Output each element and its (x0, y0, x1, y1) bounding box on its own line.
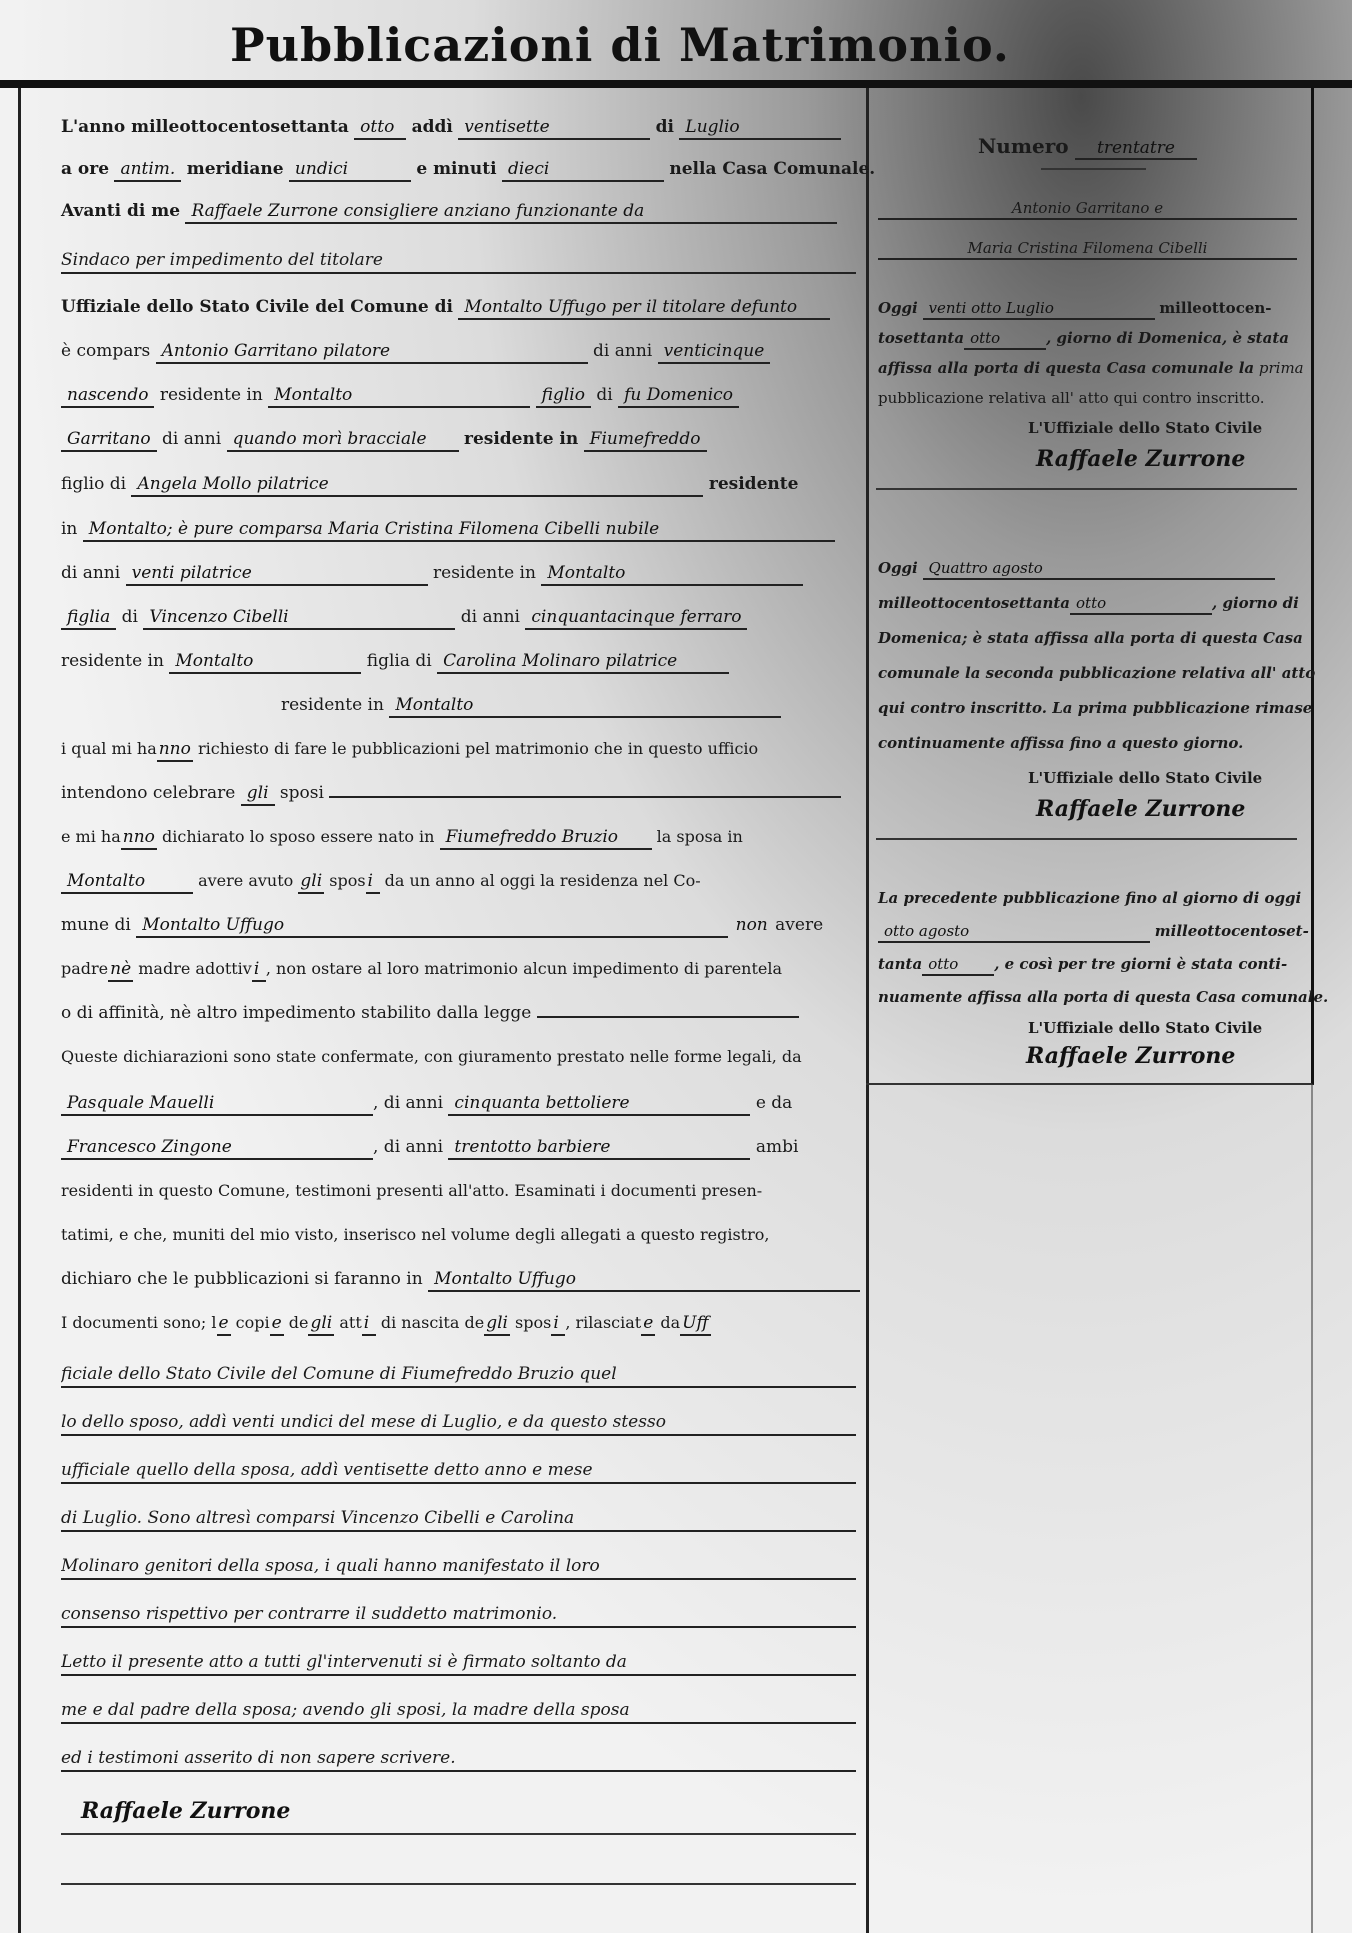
line-comune: Uffiziale dello Stato Civile del Comune … (61, 296, 854, 320)
pub3-line-2: otto agosto milleottocentoset- (878, 921, 1297, 943)
signature-rule (61, 1833, 856, 1835)
handwritten-line-1: ficiale dello Stato Civile del Comune di… (61, 1364, 856, 1388)
groom-name-field: Antonio Garritano pilatore (156, 340, 588, 364)
groom-father-field: fu Domenico (618, 384, 739, 408)
line-year: L'anno milleottocentosettanta otto addì … (61, 116, 854, 140)
month-field: Luglio (679, 116, 841, 140)
handwritten-line-4: di Luglio. Sono altresì comparsi Vincenz… (61, 1508, 856, 1532)
pub3-year-field: otto (922, 954, 994, 976)
witness-2-name-field: Francesco Zingone (61, 1136, 373, 1160)
line-impediment: o di affinità, nè altro impedimento stab… (61, 1002, 854, 1024)
line-time: a ore antim. meridiane undici e minuti d… (61, 158, 854, 182)
minutes-field: dieci (502, 158, 664, 182)
pub1-year-field: otto (964, 328, 1046, 350)
officer-signature: Raffaele Zurrone (81, 1798, 290, 1824)
line-groom-residence: nascendo residente in Montalto figlio di… (61, 384, 854, 408)
pub2-divider (876, 838, 1297, 840)
pub2-line-4: comunale la seconda pubblicazione relati… (878, 663, 1297, 683)
pub1-signature: Raffaele Zurrone (1036, 446, 1245, 472)
pub1-line-3: affissa alla porta di questa Casa comuna… (878, 358, 1297, 378)
bride-mother-field: Carolina Molinaro pilatrice (437, 650, 729, 674)
bride-name-field: Montalto; è pure comparsa Maria Cristina… (83, 518, 835, 542)
line-request: i qual mi hanno richiesto di fare le pub… (61, 738, 854, 762)
blank-lower-right (866, 1085, 1313, 1933)
pub1-officer-label: L'Uffiziale dello Stato Civile (878, 418, 1297, 438)
pub2-year-field: otto (1070, 593, 1212, 615)
groom-mother-field: Angela Mollo pilatrice (131, 473, 703, 497)
line-comune-residence: mune di Montalto Uffugo non avere (61, 914, 854, 938)
line-witnesses-residence: residenti in questo Comune, testimoni pr… (61, 1180, 854, 1202)
numero-row: Numero trentatre (878, 136, 1297, 160)
witness-1-name-field: Pasquale Mauelli (61, 1092, 373, 1116)
pub3-signature: Raffaele Zurrone (1026, 1043, 1235, 1069)
line-witness-1: Pasquale Mauelli, di anni cinquanta bett… (61, 1092, 854, 1116)
residence-comune-field: Montalto Uffugo (136, 914, 728, 938)
bride-age-field: venti pilatrice (126, 562, 428, 586)
pub2-line-3: Domenica; è stata affissa alla porta di … (878, 628, 1297, 648)
handwritten-line-6: consenso rispettivo per contrarre il sud… (61, 1604, 856, 1628)
line-publication-place: dichiaro che le pubblicazioni si faranno… (61, 1268, 854, 1292)
handwritten-line-9: ed i testimoni asserito di non sapere sc… (61, 1748, 856, 1772)
handwritten-line-5: Molinaro genitori della sposa, i quali h… (61, 1556, 856, 1580)
pub2-line-6: continuamente affissa fino a questo gior… (878, 733, 1297, 753)
line-groom: è compars Antonio Garritano pilatore di … (61, 340, 854, 364)
line-birthplace: e mi hanno dichiarato lo sposo essere na… (61, 826, 854, 850)
line-bride: in Montalto; è pure comparsa Maria Crist… (61, 518, 854, 542)
hour-field: undici (289, 158, 411, 182)
officer-field: Raffaele Zurrone consigliere anziano fun… (185, 200, 837, 224)
groom-residence-field: Montalto (268, 384, 530, 408)
numero-value: trentatre (1075, 138, 1197, 160)
line-groom-father: Garritano di anni quando morì bracciale … (61, 428, 854, 452)
line-oath: Queste dichiarazioni sono state conferma… (61, 1046, 854, 1068)
line-bride-mother: residente in Montalto figlia di Carolina… (61, 650, 854, 674)
pub2-signature: Raffaele Zurrone (1036, 796, 1245, 822)
pub1-date-field: venti otto Luglio (923, 298, 1155, 320)
act-column: L'anno milleottocentosettanta otto addì … (18, 88, 869, 1933)
pub1-line-2: tosettantaotto, giorno di Domenica, è st… (878, 328, 1297, 350)
line-officer: Avanti di me Raffaele Zurrone consiglier… (61, 200, 854, 224)
time-period-field: antim. (114, 158, 181, 182)
witness-2-age-field: trentotto barbiere (448, 1136, 750, 1160)
pub2-line-1: Oggi Quattro agosto (878, 558, 1297, 580)
pub3-officer-label: L'Uffiziale dello Stato Civile (878, 1018, 1297, 1038)
line-bride-mother-residence: residente in Montalto (61, 694, 854, 718)
scanned-page: Pubblicazioni di Matrimonio. L'anno mill… (0, 0, 1352, 1933)
publication-place-field: Montalto Uffugo (428, 1268, 860, 1292)
officer-field-cont: Sindaco per impedimento del titolare (61, 250, 856, 274)
line-celebrate: intendono celebrare gli sposi (61, 782, 854, 806)
line-adoptive: padrenè madre adottivi, non ostare al lo… (61, 958, 854, 982)
line-documents-insert: tatimi, e che, muniti del mio visto, ins… (61, 1224, 854, 1246)
pub3-line-3: tantaotto, e così per tre giorni è stata… (878, 954, 1297, 976)
publications-column: Numero trentatre Antonio Garritano e Mar… (866, 88, 1314, 1085)
pub2-date-field: Quattro agosto (923, 558, 1275, 580)
pub2-line-5: qui contro inscritto. La prima pubblicaz… (878, 698, 1297, 718)
pub1-divider (876, 488, 1297, 490)
groom-age-field: venticinque (658, 340, 771, 364)
bride-father-residence-field: Montalto (169, 650, 361, 674)
groom-father-residence-field: Fiumefreddo (584, 428, 707, 452)
line-documents: I documenti sono; le copie degli atti di… (61, 1312, 854, 1336)
groom-birthplace-field: Fiumefreddo Bruzio (440, 826, 652, 850)
bride-mother-residence-field: Montalto (389, 694, 781, 718)
day-field: ventisette (458, 116, 650, 140)
header-rule (0, 80, 1352, 88)
spouses-line-2: Maria Cristina Filomena Cibelli (878, 238, 1297, 260)
line-bride-father: figlia di Vincenzo Cibelli di anni cinqu… (61, 606, 854, 630)
handwritten-line-7: Letto il presente atto a tutti gl'interv… (61, 1652, 856, 1676)
numero-label: Numero (978, 134, 1069, 158)
line-bride-age: di anni venti pilatrice residente in Mon… (61, 562, 854, 586)
handwritten-line-8: me e dal padre della sposa; avendo gli s… (61, 1700, 856, 1724)
bride-father-age-field: cinquantacinque ferraro (525, 606, 747, 630)
line-groom-mother: figlio di Angela Mollo pilatrice residen… (61, 473, 854, 497)
pub2-line-2: milleottocentosettantaotto, giorno di (878, 593, 1297, 615)
bride-father-field: Vincenzo Cibelli (143, 606, 455, 630)
pub1-line-4: pubblicazione relativa all' atto qui con… (878, 388, 1297, 408)
pub3-date-field: otto agosto (878, 921, 1150, 943)
groom-father-age-field: quando morì bracciale (227, 428, 459, 452)
comune-field: Montalto Uffugo per il titolare defunto (458, 296, 830, 320)
bride-birthplace-field: Montalto (61, 870, 193, 894)
document-title: Pubblicazioni di Matrimonio. (230, 18, 1010, 72)
line-residence-year: Montalto avere avuto gli sposi da un ann… (61, 870, 854, 894)
line-witness-2: Francesco Zingone, di anni trentotto bar… (61, 1136, 854, 1160)
year-field: otto (354, 116, 406, 140)
pub3-line-4: nuamente affissa alla porta di questa Ca… (878, 987, 1297, 1007)
pub1-line-1: Oggi venti otto Luglio milleottocen- (878, 298, 1297, 320)
bride-residence-field: Montalto (541, 562, 803, 586)
handwritten-line-2: lo dello sposo, addì venti undici del me… (61, 1412, 856, 1436)
pub2-officer-label: L'Uffiziale dello Stato Civile (878, 768, 1297, 788)
blank-rule (61, 1883, 856, 1885)
spouses-line-1: Antonio Garritano e (878, 198, 1297, 220)
pub3-line-1: La precedente pubblicazione fino al gior… (878, 888, 1297, 908)
witness-1-age-field: cinquanta bettoliere (448, 1092, 750, 1116)
handwritten-line-3: ufficiale quello della sposa, addì venti… (61, 1460, 856, 1484)
